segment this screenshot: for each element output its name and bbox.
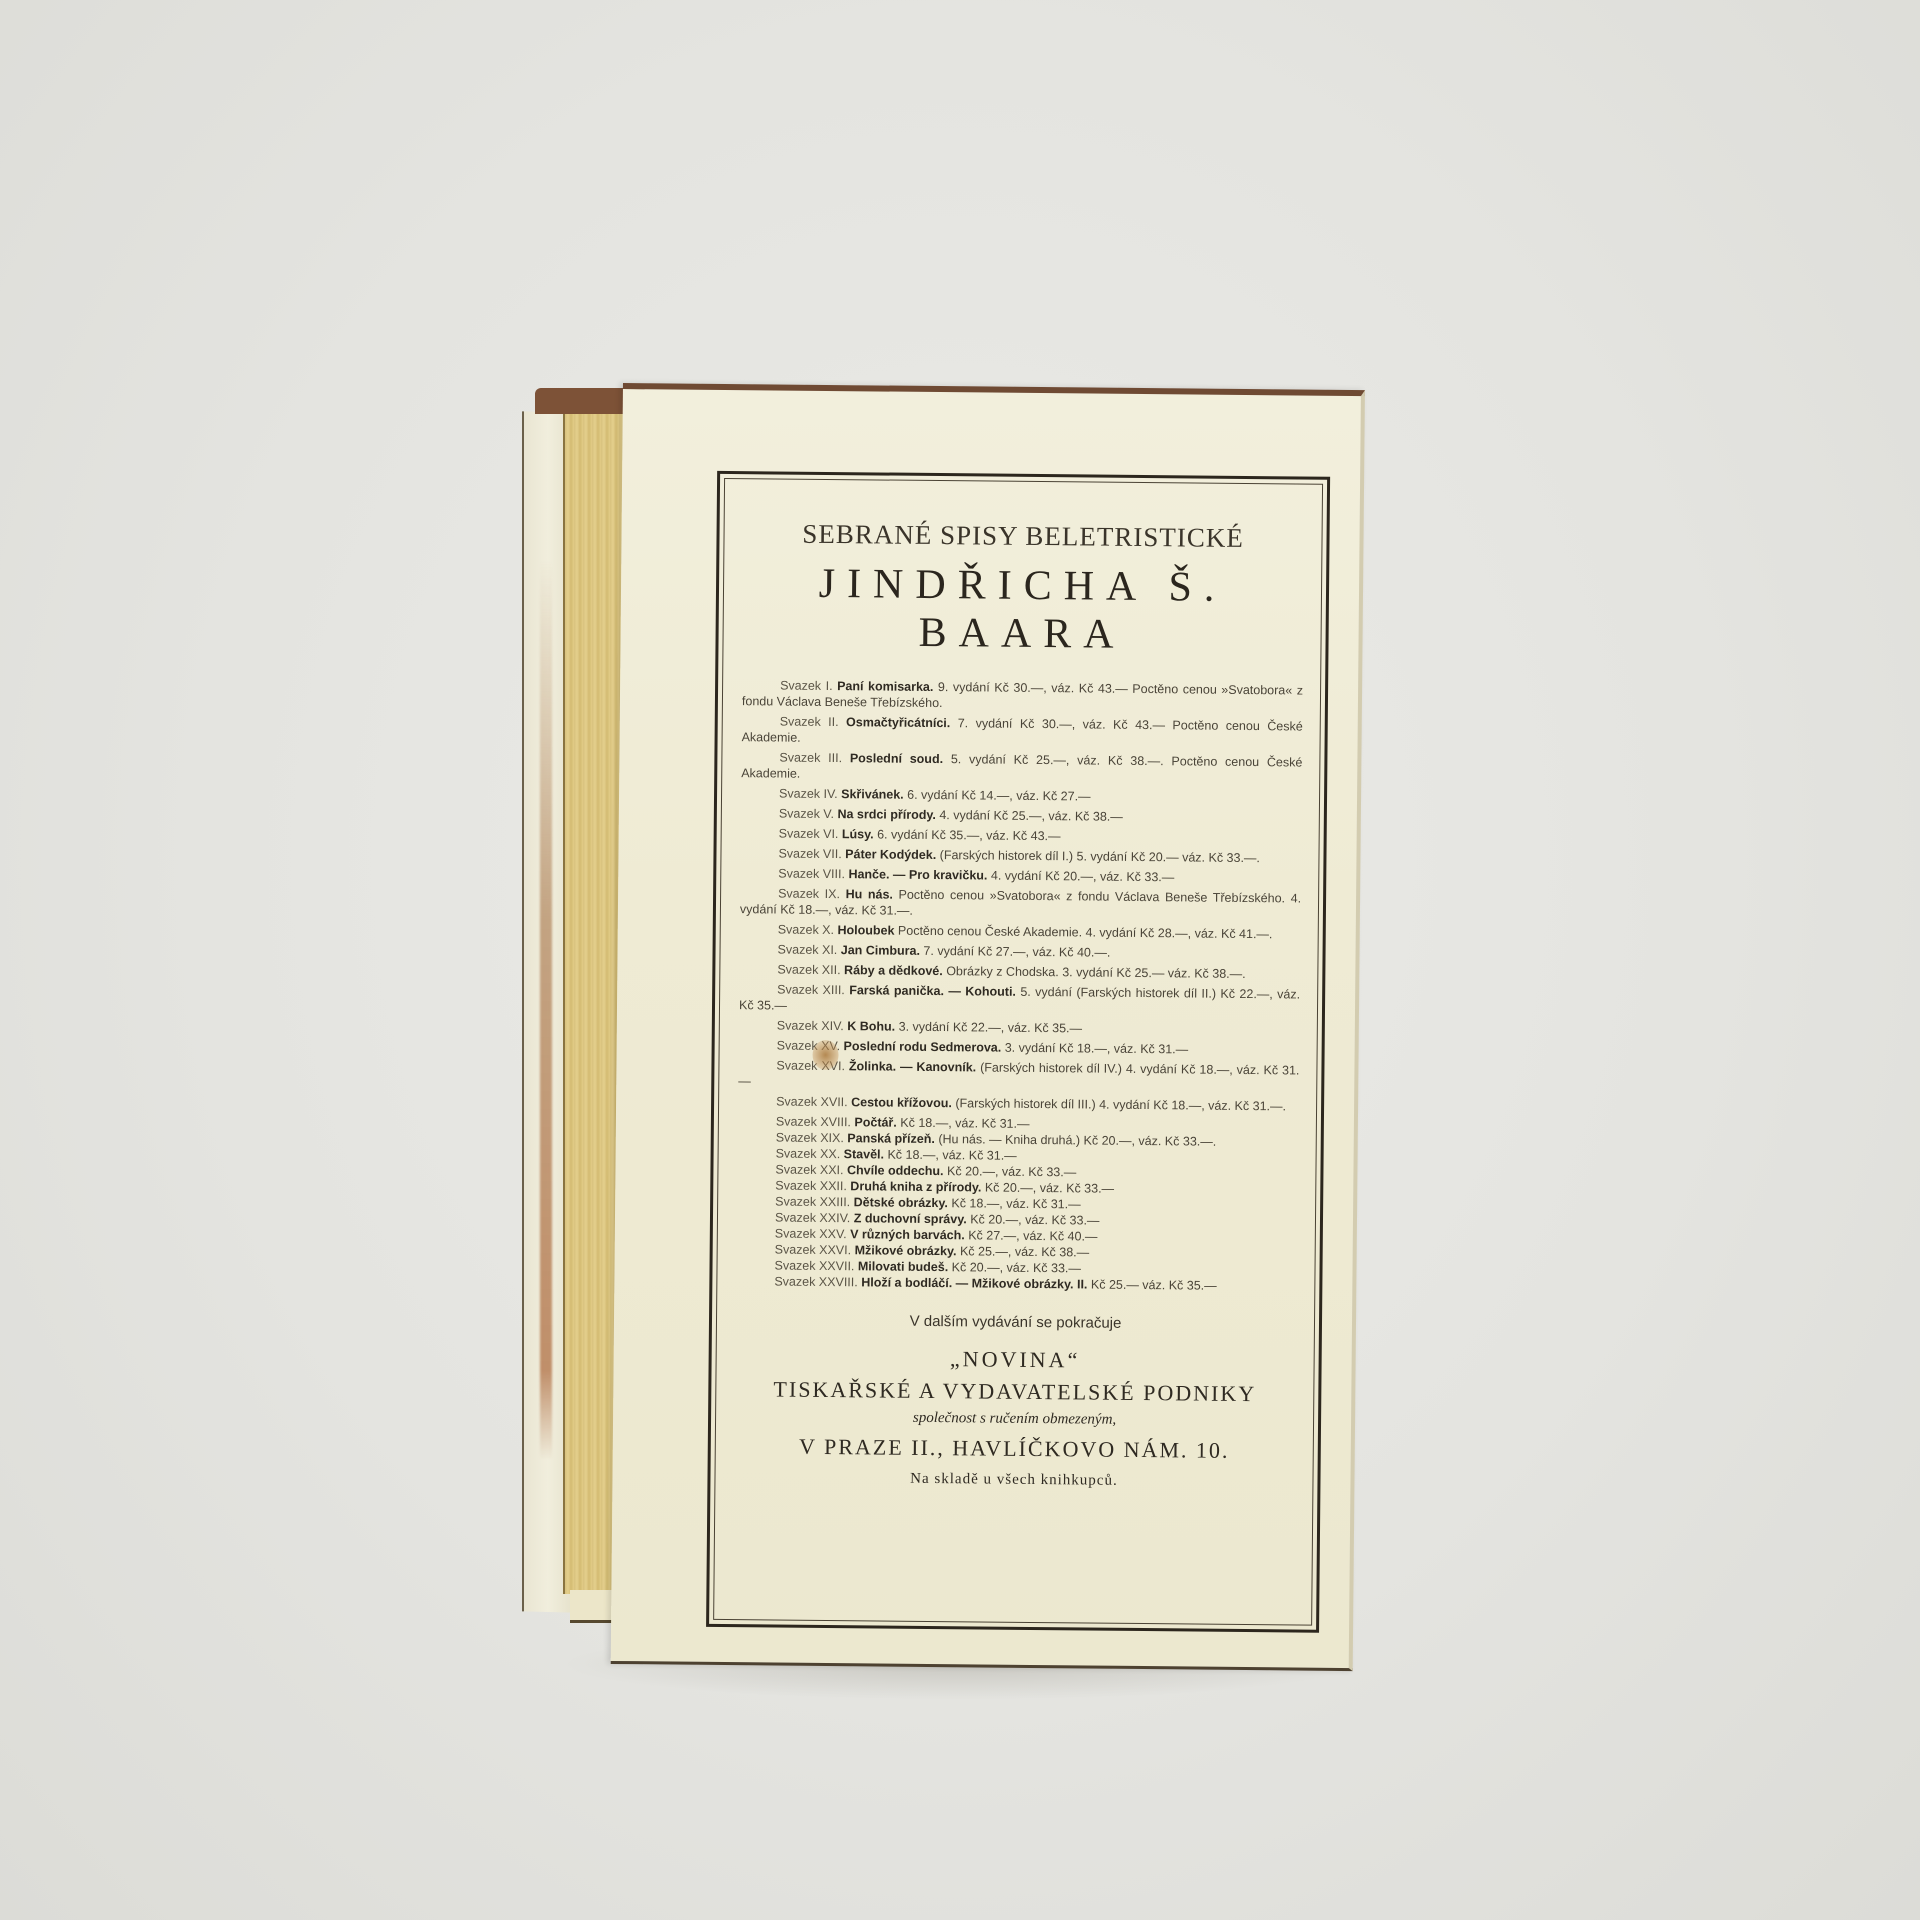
back-cover: SEBRANÉ SPISY BELETRISTICKÉ JINDŘICHA Š.… [611,383,1365,1671]
volume-entry: Svazek XIII. Farská panička. — Kohouti. … [739,981,1300,1018]
volume-entry: Svazek IX. Hu nás. Poctěno cenou »Svatob… [740,885,1301,922]
volume-entry: Svazek VI. Lúsy. 6. vydání Kč 35.—, váz.… [741,825,1302,846]
volume-entry: Svazek XVII. Cestou křížovou. (Farských … [738,1093,1299,1114]
cover-frame: SEBRANÉ SPISY BELETRISTICKÉ JINDŘICHA Š.… [706,471,1330,1633]
volume-entry: Svazek XI. Jan Cimbura. 7. vydání Kč 27.… [739,941,1300,962]
volume-entry: Svazek VII. Páter Kodýdek. (Farských his… [740,845,1301,866]
volume-entry: Svazek XII. Ráby a dědkové. Obrázky z Ch… [739,961,1300,982]
series-title: SEBRANÉ SPISY BELETRISTICKÉ [733,518,1312,555]
volume-entry: Svazek I. Paní komisarka. 9. vydání Kč 3… [742,677,1303,714]
cover-content: SEBRANÉ SPISY BELETRISTICKÉ JINDŘICHA Š.… [723,488,1313,1616]
volume-entry: Svazek XIV. K Bohu. 3. vydání Kč 22.—, v… [739,1017,1300,1038]
spine-color-stripe [540,560,552,1460]
continuation-note: V dalším vydávání se pokračuje [726,1311,1305,1334]
publisher-line: TISKAŘSKÉ A VYDAVATELSKÉ PODNIKY [725,1376,1304,1408]
volume-entry: Svazek II. Osmačtyřicátníci. 7. vydání K… [742,713,1303,750]
publisher-name: „NOVINA“ [726,1344,1305,1376]
author-name: JINDŘICHA Š. BAARA [732,559,1312,661]
volume-entry: Svazek III. Poslední soud. 5. vydání Kč … [741,749,1302,786]
volume-list-compact: Svazek XVIII. Počtář. Kč 18.—, váz. Kč 3… [736,1113,1299,1294]
volume-entry: Svazek VIII. Hanče. — Pro kravičku. 4. v… [740,865,1301,886]
publisher-address: V PRAZE II., HAVLÍČKOVO NÁM. 10. [725,1433,1304,1465]
volume-entry: Svazek IV. Skřivánek. 6. vydání Kč 14.—,… [741,785,1302,806]
volume-entry: Svazek X. Holoubek Poctěno cenou České A… [740,921,1301,942]
publisher-legal-form: společnost s ručením obmezeným, [725,1408,1304,1431]
availability-note: Na skladě u všech knihkupců. [724,1469,1303,1492]
stain-mark [812,1040,838,1070]
volume-entry: Svazek V. Na srdci přírody. 4. vydání Kč… [741,805,1302,826]
